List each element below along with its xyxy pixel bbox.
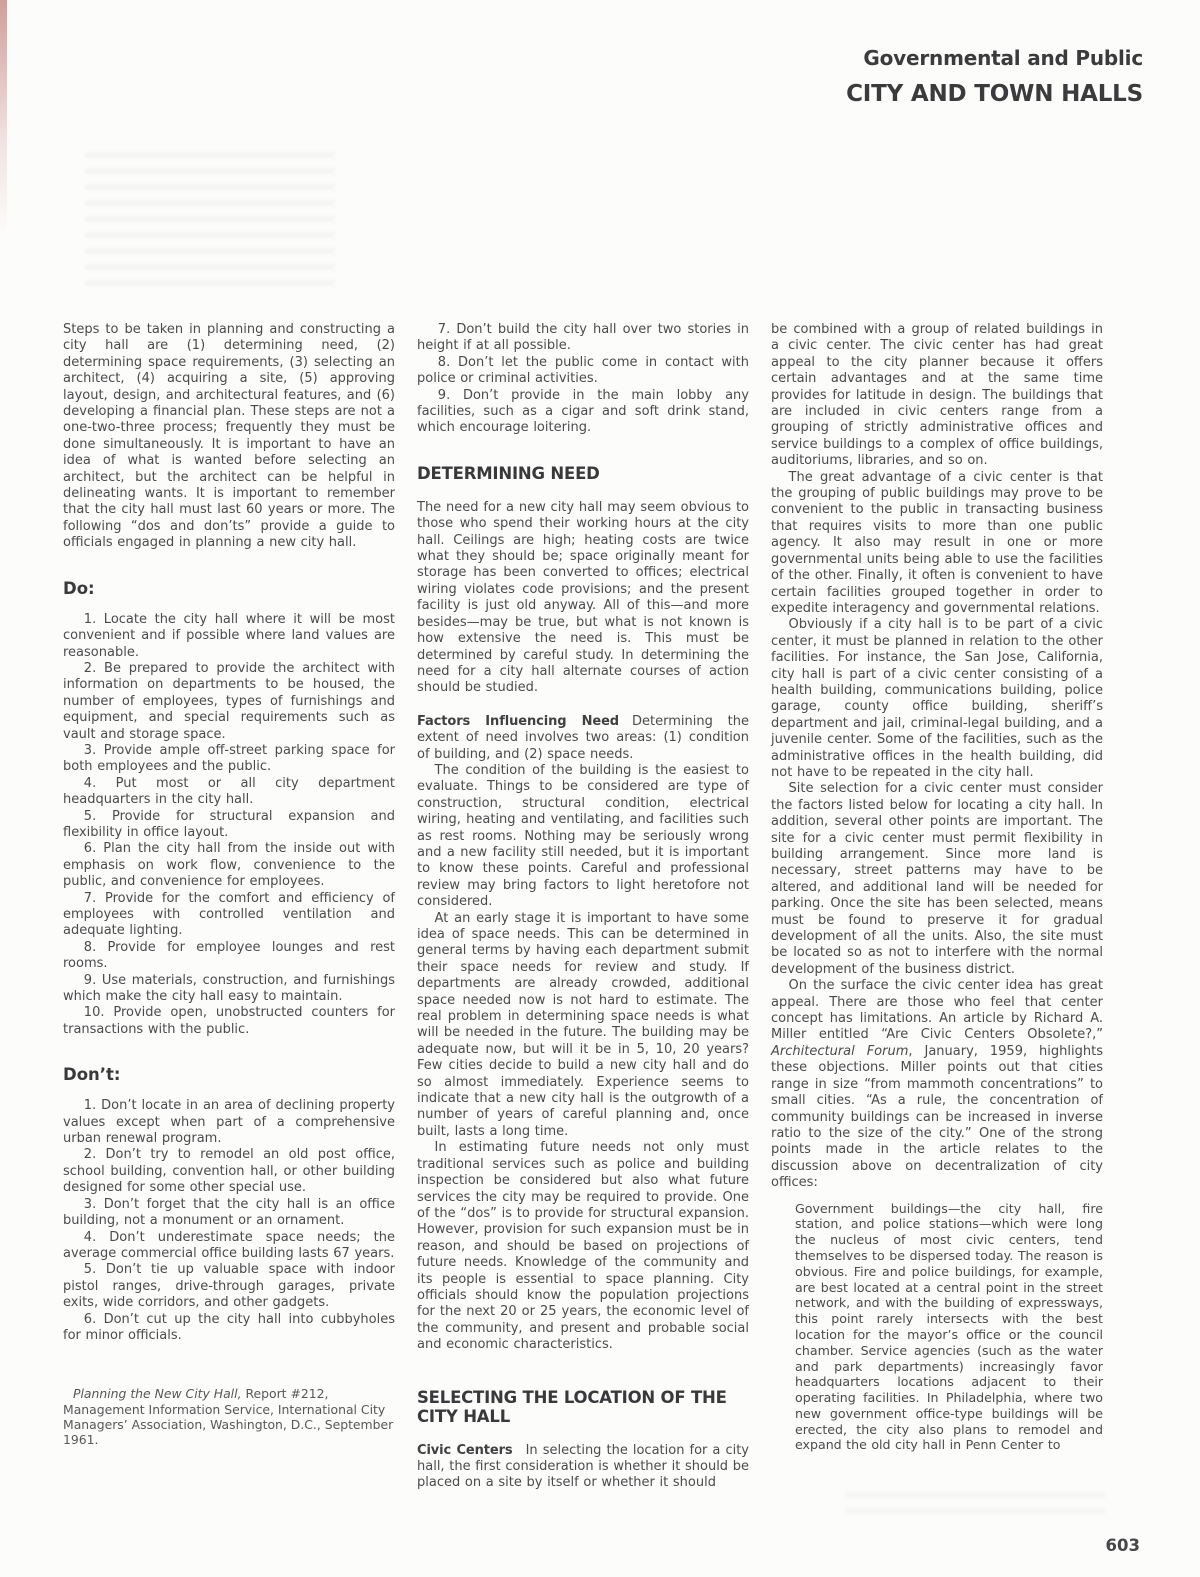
paragraph: The great advantage of a civic center is… [771, 470, 1103, 618]
column-3: be combined with a group of related buil… [771, 322, 1103, 1492]
bleed-through-artifact [845, 1492, 1105, 1518]
journal-title: Architectural Forum [771, 1044, 908, 1059]
dont-item: 5. Don’t tie up valuable space with indo… [63, 1262, 395, 1311]
dont-item: 6. Don’t cut up the city hall into cubby… [63, 1312, 395, 1345]
paragraph: At an early stage it is important to hav… [417, 911, 749, 1141]
page-number: 603 [1106, 1536, 1140, 1555]
paragraph: The condition of the building is the eas… [417, 763, 749, 911]
do-item: 3. Provide ample off-street parking spac… [63, 743, 395, 776]
dont-item: 9. Don’t provide in the main lobby any f… [417, 388, 749, 437]
paragraph-text: On the surface the civic center idea has… [771, 978, 1103, 1042]
dont-item: 4. Don’t underestimate space needs; the … [63, 1230, 395, 1263]
civic-centers-runin-heading: Civic Centers [417, 1443, 513, 1458]
section-kicker: Governmental and Public [846, 46, 1143, 70]
do-item: 2. Be prepared to provide the architect … [63, 661, 395, 743]
document-page: Governmental and Public CITY AND TOWN HA… [0, 0, 1200, 1577]
factors-paragraph: Factors Influencing NeedDetermining the … [417, 714, 749, 763]
paragraph: On the surface the civic center idea has… [771, 978, 1103, 1191]
do-item: 10. Provide open, unobstructed counters … [63, 1005, 395, 1038]
do-item: 1. Locate the city hall where it will be… [63, 612, 395, 661]
footnote: Planning the New City Hall, Report #212,… [63, 1386, 395, 1447]
dont-heading: Don’t: [63, 1065, 395, 1084]
footnote-title: Planning the New City Hall, [73, 1386, 242, 1401]
block-quote: Government buildings—the city hall, fire… [795, 1201, 1103, 1454]
do-item: 8. Provide for employee lounges and rest… [63, 940, 395, 973]
do-item: 9. Use materials, construction, and furn… [63, 973, 395, 1006]
paragraph: be combined with a group of related buil… [771, 322, 1103, 470]
dont-item: 1. Don’t locate in an area of declining … [63, 1098, 395, 1147]
determining-need-heading: DETERMINING NEED [417, 464, 749, 483]
do-item: 5. Provide for structural expansion and … [63, 809, 395, 842]
page-header: Governmental and Public CITY AND TOWN HA… [846, 46, 1143, 107]
do-item: 4. Put most or all city department headq… [63, 776, 395, 809]
text-columns: Steps to be taken in planning and constr… [63, 322, 1103, 1492]
dont-item: 3. Don’t forget that the city hall is an… [63, 1197, 395, 1230]
paragraph: Obviously if a city hall is to be part o… [771, 617, 1103, 781]
column-2: 7. Don’t build the city hall over two st… [417, 322, 749, 1492]
page-title: CITY AND TOWN HALLS [846, 81, 1143, 107]
do-heading: Do: [63, 579, 395, 598]
do-item: 7. Provide for the comfort and efficienc… [63, 891, 395, 940]
bleed-through-artifact [85, 152, 335, 292]
paragraph-text: , January, 1959, highlights these object… [771, 1044, 1103, 1190]
paragraph: Site selection for a civic center must c… [771, 781, 1103, 978]
paragraph: The need for a new city hall may seem ob… [417, 500, 749, 697]
factors-runin-heading: Factors Influencing Need [417, 714, 619, 729]
scan-edge-artifact [0, 0, 7, 235]
dont-item: 7. Don’t build the city hall over two st… [417, 322, 749, 355]
civic-centers-paragraph: Civic CentersIn selecting the location f… [417, 1443, 749, 1492]
column-1: Steps to be taken in planning and constr… [63, 322, 395, 1492]
dont-item: 8. Don’t let the public come in contact … [417, 355, 749, 388]
selecting-location-heading: SELECTING THE LOCATION OF THE CITY HALL [417, 1388, 749, 1426]
paragraph: In estimating future needs not only must… [417, 1140, 749, 1353]
dont-item: 2. Don’t try to remodel an old post offi… [63, 1147, 395, 1196]
do-item: 6. Plan the city hall from the inside ou… [63, 841, 395, 890]
intro-paragraph: Steps to be taken in planning and constr… [63, 322, 395, 552]
